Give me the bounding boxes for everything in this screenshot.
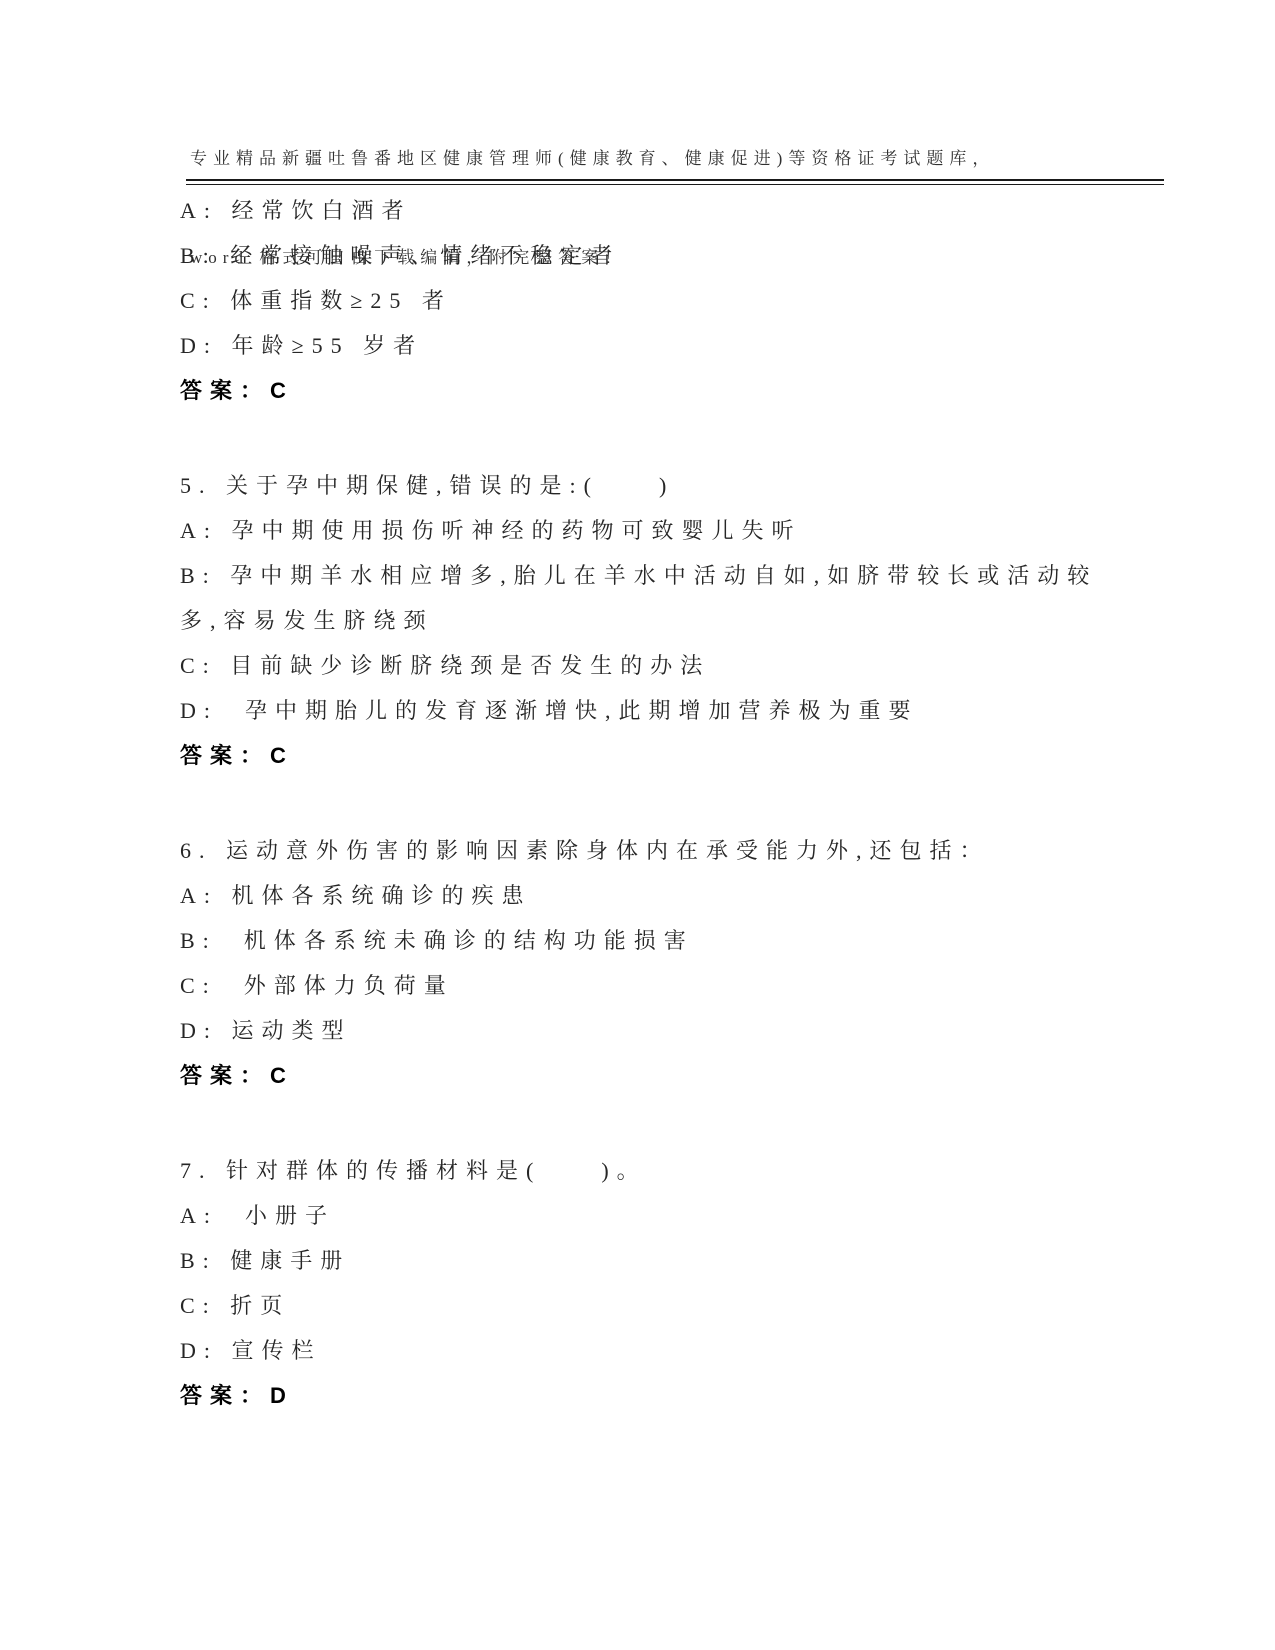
- q7-option-c: C: 折页: [180, 1283, 1118, 1328]
- question-block-6: 6. 运动意外伤害的影响因素除身体内在承受能力外,还包括： A: 机体各系统确诊…: [180, 828, 1118, 1098]
- header-line-1: 专业精品新疆吐鲁番地区健康管理师(健康教育、健康促进)等资格证考试题库，: [190, 142, 1180, 175]
- q6-option-d: D: 运动类型: [180, 1008, 1118, 1053]
- q6-option-b: B: 机体各系统未确诊的结构功能损害: [180, 918, 1118, 963]
- question-block-7: 7. 针对群体的传播材料是( )。 A: 小册子 B: 健康手册 C: 折页 D…: [180, 1148, 1118, 1418]
- question-block-5: 5. 关于孕中期保健,错误的是:( ) A: 孕中期使用损伤听神经的药物可致婴儿…: [180, 463, 1118, 778]
- q7-option-d: D: 宣传栏: [180, 1328, 1118, 1373]
- q5-answer: 答案：C: [180, 733, 1118, 778]
- q4-option-b: B: 经常接触噪声、情绪不稳定者: [180, 233, 1118, 278]
- q7-stem: 7. 针对群体的传播材料是( )。: [180, 1148, 1118, 1193]
- q4-option-a: A: 经常饮白酒者: [180, 188, 1118, 233]
- q4-option-d: D: 年龄≥55 岁者: [180, 323, 1118, 368]
- q5-option-c: C: 目前缺少诊断脐绕颈是否发生的办法: [180, 643, 1118, 688]
- q7-option-a: A: 小册子: [180, 1193, 1118, 1238]
- q4-answer: 答案：C: [180, 368, 1118, 413]
- q5-option-a: A: 孕中期使用损伤听神经的药物可致婴儿失听: [180, 508, 1118, 553]
- q6-option-c: C: 外部体力负荷量: [180, 963, 1118, 1008]
- q6-stem: 6. 运动意外伤害的影响因素除身体内在承受能力外,还包括：: [180, 828, 1118, 873]
- q5-option-d: D: 孕中期胎儿的发育逐渐增快,此期增加营养极为重要: [180, 688, 1118, 733]
- q4-option-c: C: 体重指数≥25 者: [180, 278, 1118, 323]
- q5-option-b: B: 孕中期羊水相应增多,胎儿在羊水中活动自如,如脐带较长或活动较多,容易发生脐…: [180, 553, 1118, 643]
- q6-answer: 答案：C: [180, 1053, 1118, 1098]
- q6-option-a: A: 机体各系统确诊的疾患: [180, 873, 1118, 918]
- q5-stem: 5. 关于孕中期保健,错误的是:( ): [180, 463, 1118, 508]
- document-page: 专业精品新疆吐鲁番地区健康管理师(健康教育、健康促进)等资格证考试题库， wor…: [0, 0, 1275, 1650]
- questions-area: A: 经常饮白酒者 B: 经常接触噪声、情绪不稳定者 C: 体重指数≥25 者 …: [180, 188, 1118, 1418]
- q7-option-b: B: 健康手册: [180, 1238, 1118, 1283]
- question-block-4-partial: A: 经常饮白酒者 B: 经常接触噪声、情绪不稳定者 C: 体重指数≥25 者 …: [180, 188, 1118, 413]
- header-divider-line: [186, 179, 1164, 185]
- q7-answer: 答案：D: [180, 1373, 1118, 1418]
